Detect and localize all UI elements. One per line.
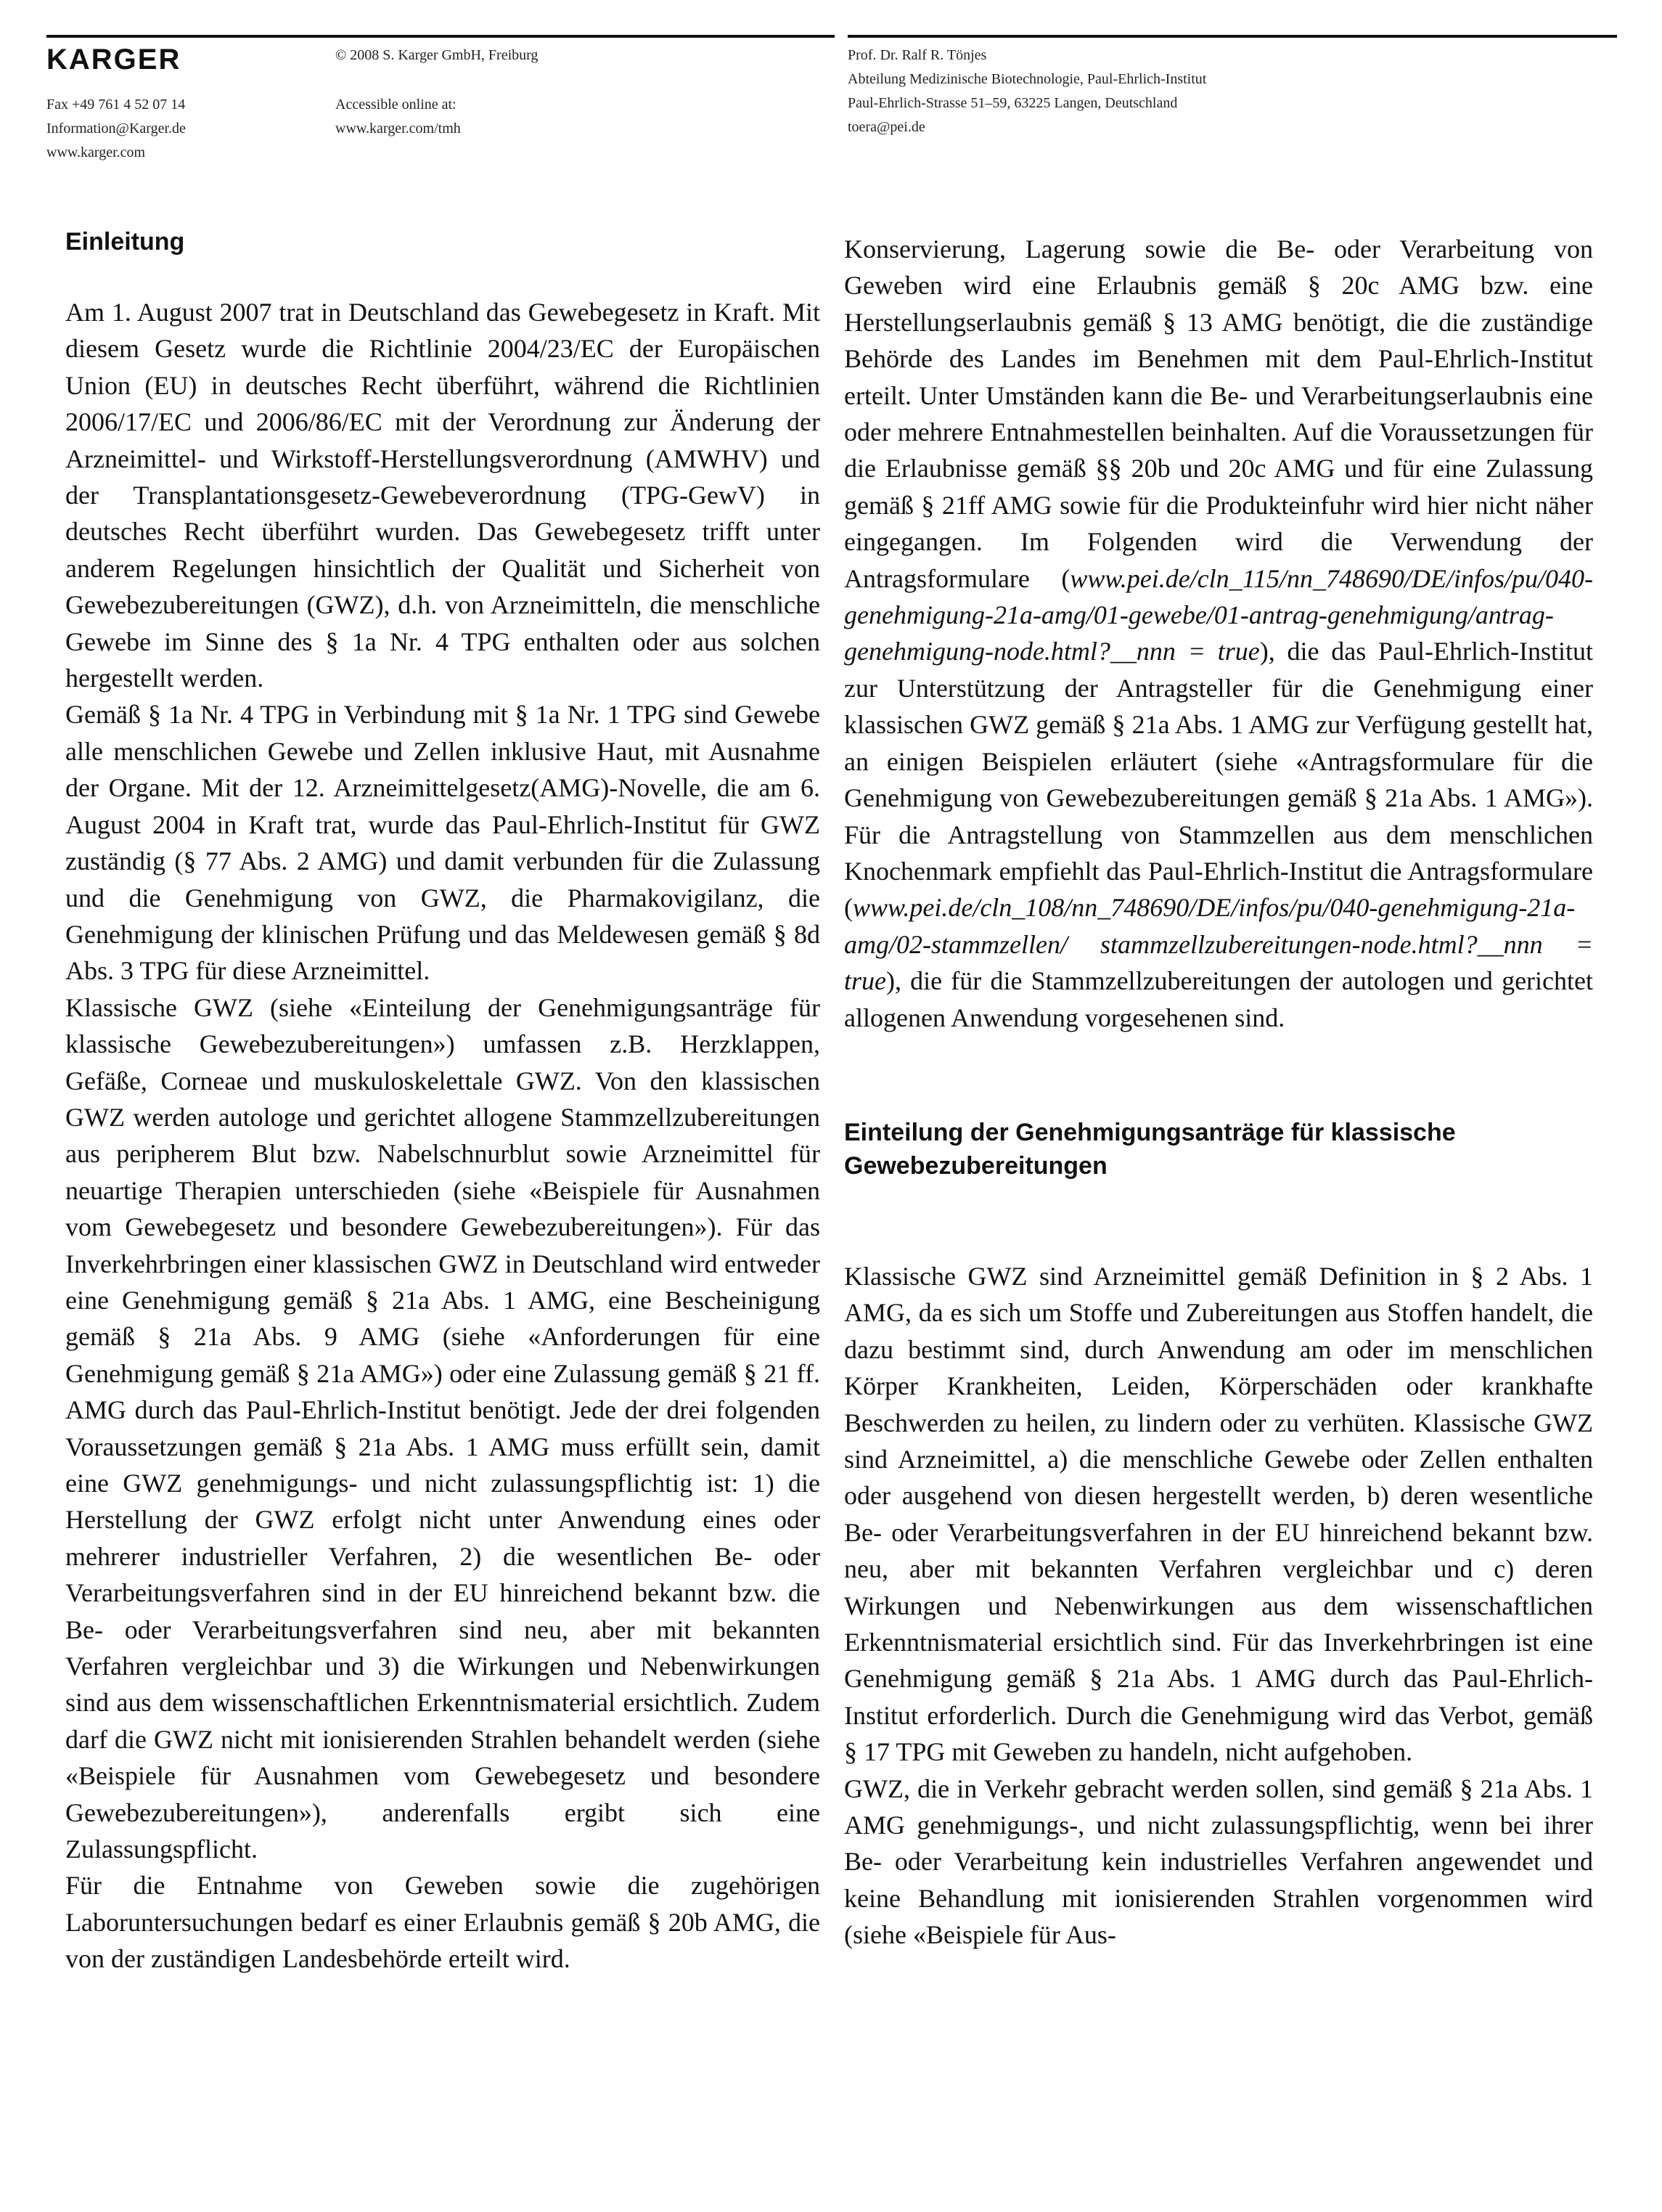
author-email[interactable]: toera@pei.de xyxy=(848,115,1206,139)
publisher-email[interactable]: Information@Karger.de xyxy=(46,117,186,141)
publisher-contact: Fax +49 761 4 52 07 14 Information@Karge… xyxy=(46,93,186,165)
section-heading-einleitung: Einleitung xyxy=(65,225,184,258)
paragraph: GWZ, die in Verkehr gebracht werden soll… xyxy=(844,1771,1593,1954)
header-rule-right xyxy=(848,35,1617,38)
access-url[interactable]: www.karger.com/tmh xyxy=(335,117,461,141)
paragraph-continued: Konservierung, Lagerung sowie die Be- od… xyxy=(844,231,1593,1036)
publisher-website[interactable]: www.karger.com xyxy=(46,141,186,165)
paragraph: Klassische GWZ (siehe «Einteilung der Ge… xyxy=(65,989,820,1868)
paragraph: Klassische GWZ sind Arzneimittel gemäß D… xyxy=(844,1258,1593,1771)
paragraph: Am 1. August 2007 trat in Deutschland da… xyxy=(65,294,820,696)
author-address: Paul-Ehrlich-Strasse 51–59, 63225 Langen… xyxy=(848,91,1206,115)
author-block: Prof. Dr. Ralf R. Tönjes Abteilung Mediz… xyxy=(848,44,1206,139)
author-name: Prof. Dr. Ralf R. Tönjes xyxy=(848,44,1206,68)
text-span: ), die für die Stammzellzubereitungen de… xyxy=(844,966,1593,1032)
text-span: ), die das Paul-Ehrlich-Institut zur Unt… xyxy=(844,637,1593,922)
access-info: Accessible online at: www.karger.com/tmh xyxy=(335,93,461,141)
publisher-logo: KARGER xyxy=(46,44,181,76)
paragraph: Für die Entnahme von Geweben sowie die z… xyxy=(65,1867,820,1977)
text-span: Konservierung, Lagerung sowie die Be- od… xyxy=(844,234,1593,593)
left-column: Am 1. August 2007 trat in Deutschland da… xyxy=(65,294,820,1978)
header-rule-left xyxy=(46,35,835,38)
right-column: Konservierung, Lagerung sowie die Be- od… xyxy=(844,231,1593,1954)
publisher-fax: Fax +49 761 4 52 07 14 xyxy=(46,93,186,117)
access-label: Accessible online at: xyxy=(335,93,461,117)
author-affiliation: Abteilung Medizinische Biotechnologie, P… xyxy=(848,68,1206,91)
section-heading-einteilung: Einteilung der Genehmigungsanträge für k… xyxy=(844,1116,1593,1183)
copyright-notice: © 2008 S. Karger GmbH, Freiburg xyxy=(335,44,538,68)
paragraph: Gemäß § 1a Nr. 4 TPG in Verbindung mit §… xyxy=(65,696,820,989)
